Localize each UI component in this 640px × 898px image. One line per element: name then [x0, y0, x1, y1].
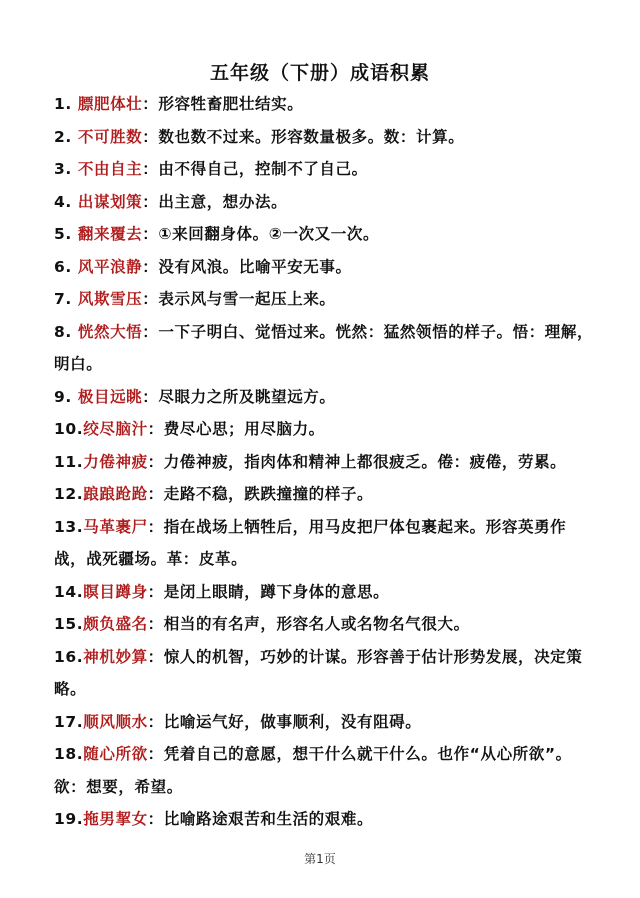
separator: ： — [142, 290, 158, 308]
idiom-list: 1.膘肥体壮：形容牲畜肥壮结实。 2.不可胜数：数也数不过来。形容数量极多。数：… — [54, 88, 594, 836]
idiom-definition: 力倦神疲，指肉体和精神上都很疲乏。倦：疲倦，劳累。 — [164, 453, 567, 471]
idiom-entry-13: 13.马革裹尸：指在战场上牺牲后，用马皮把尸体包裹起来。形容英勇作战，战死疆场。… — [54, 511, 594, 576]
idiom-term: 随心所欲 — [83, 745, 147, 763]
separator: ： — [142, 388, 158, 406]
separator: ： — [148, 745, 164, 763]
entry-number: 9. — [54, 388, 78, 406]
idiom-term: 恍然大悟 — [78, 323, 142, 341]
idiom-definition: 走路不稳，跌跌撞撞的样子。 — [164, 485, 373, 503]
idiom-term: 极目远眺 — [78, 388, 142, 406]
idiom-definition: 尽眼力之所及眺望远方。 — [158, 388, 335, 406]
idiom-definition: 形容牲畜肥壮结实。 — [158, 95, 303, 113]
separator: ： — [148, 810, 164, 828]
idiom-entry-10: 10.绞尽脑汁：费尽心思；用尽脑力。 — [54, 413, 594, 446]
idiom-term: 顺风顺水 — [83, 713, 147, 731]
entry-number: 16. — [54, 648, 83, 666]
entry-number: 14. — [54, 583, 83, 601]
idiom-term: 膘肥体壮 — [78, 95, 142, 113]
idiom-entry-15: 15.颇负盛名：相当的有名声，形容名人或名物名气很大。 — [54, 608, 594, 641]
idiom-term: 踉踉跄跄 — [83, 485, 147, 503]
idiom-definition: 出主意，想办法。 — [158, 193, 287, 211]
idiom-term: 绞尽脑汁 — [83, 420, 147, 438]
separator: ： — [148, 453, 164, 471]
idiom-entry-8: 8.恍然大悟：一下子明白、觉悟过来。恍然：猛然领悟的样子。悟：理解，明白。 — [54, 316, 594, 381]
idiom-definition: 相当的有名声，形容名人或名物名气很大。 — [164, 615, 470, 633]
entry-number: 3. — [54, 160, 78, 178]
entry-number: 1. — [54, 95, 78, 113]
entry-number: 10. — [54, 420, 83, 438]
idiom-term: 翻来覆去 — [78, 225, 142, 243]
idiom-term: 颇负盛名 — [83, 615, 147, 633]
idiom-term: 力倦神疲 — [83, 453, 147, 471]
idiom-entry-4: 4.出谋划策：出主意，想办法。 — [54, 186, 594, 219]
idiom-entry-5: 5.翻来覆去：①来回翻身体。②一次又一次。 — [54, 218, 594, 251]
entry-number: 18. — [54, 745, 83, 763]
entry-number: 13. — [54, 518, 83, 536]
idiom-definition: 表示风与雪一起压上来。 — [158, 290, 335, 308]
separator: ： — [142, 128, 158, 146]
idiom-term: 不由自主 — [78, 160, 142, 178]
separator: ： — [142, 323, 158, 341]
idiom-definition: 没有风浪。比喻平安无事。 — [158, 258, 351, 276]
idiom-entry-19: 19.拖男挈女：比喻路途艰苦和生活的艰难。 — [54, 803, 594, 836]
separator: ： — [142, 258, 158, 276]
idiom-term: 不可胜数 — [78, 128, 142, 146]
idiom-definition: 比喻路途艰苦和生活的艰难。 — [164, 810, 373, 828]
entry-number: 6. — [54, 258, 78, 276]
entry-number: 15. — [54, 615, 83, 633]
document-title: 五年级（下册）成语积累 — [0, 58, 640, 85]
idiom-term: 出谋划策 — [78, 193, 142, 211]
entry-number: 11. — [54, 453, 83, 471]
idiom-definition: 数也数不过来。形容数量极多。数：计算。 — [158, 128, 464, 146]
separator: ： — [142, 193, 158, 211]
idiom-entry-2: 2.不可胜数：数也数不过来。形容数量极多。数：计算。 — [54, 121, 594, 154]
entry-number: 2. — [54, 128, 78, 146]
idiom-definition: 是闭上眼睛，蹲下身体的意思。 — [164, 583, 389, 601]
idiom-term: 神机妙算 — [83, 648, 147, 666]
document-page: 五年级（下册）成语积累 1.膘肥体壮：形容牲畜肥壮结实。 2.不可胜数：数也数不… — [0, 0, 640, 898]
idiom-term: 瞑目蹲身 — [83, 583, 147, 601]
separator: ： — [148, 518, 164, 536]
separator: ： — [142, 95, 158, 113]
entry-number: 4. — [54, 193, 78, 211]
idiom-entry-18: 18.随心所欲：凭着自己的意愿，想干什么就干什么。也作“从心所欲”。欲：想要，希… — [54, 738, 594, 803]
entry-number: 5. — [54, 225, 78, 243]
separator: ： — [148, 648, 164, 666]
entry-number: 8. — [54, 323, 78, 341]
idiom-definition: 费尽心思；用尽脑力。 — [164, 420, 325, 438]
idiom-entry-12: 12.踉踉跄跄：走路不稳，跌跌撞撞的样子。 — [54, 478, 594, 511]
idiom-term: 风欺雪压 — [78, 290, 142, 308]
separator: ： — [148, 583, 164, 601]
separator: ： — [142, 225, 158, 243]
separator: ： — [148, 420, 164, 438]
idiom-entry-11: 11.力倦神疲：力倦神疲，指肉体和精神上都很疲乏。倦：疲倦，劳累。 — [54, 446, 594, 479]
idiom-term: 风平浪静 — [78, 258, 142, 276]
separator: ： — [142, 160, 158, 178]
idiom-entry-6: 6.风平浪静：没有风浪。比喻平安无事。 — [54, 251, 594, 284]
entry-number: 12. — [54, 485, 83, 503]
idiom-entry-14: 14.瞑目蹲身：是闭上眼睛，蹲下身体的意思。 — [54, 576, 594, 609]
separator: ： — [148, 615, 164, 633]
idiom-entry-9: 9.极目远眺：尽眼力之所及眺望远方。 — [54, 381, 594, 414]
idiom-entry-17: 17.顺风顺水：比喻运气好，做事顺利，没有阻碍。 — [54, 706, 594, 739]
idiom-definition: 比喻运气好，做事顺利，没有阻碍。 — [164, 713, 422, 731]
separator: ： — [148, 713, 164, 731]
idiom-definition: 由不得自己，控制不了自己。 — [158, 160, 367, 178]
idiom-entry-7: 7.风欺雪压：表示风与雪一起压上来。 — [54, 283, 594, 316]
entry-number: 17. — [54, 713, 83, 731]
idiom-entry-16: 16.神机妙算：惊人的机智，巧妙的计谋。形容善于估计形势发展，决定策略。 — [54, 641, 594, 706]
idiom-term: 马革裹尸 — [83, 518, 147, 536]
idiom-entry-1: 1.膘肥体壮：形容牲畜肥壮结实。 — [54, 88, 594, 121]
separator: ： — [148, 485, 164, 503]
idiom-entry-3: 3.不由自主：由不得自己，控制不了自己。 — [54, 153, 594, 186]
entry-number: 7. — [54, 290, 78, 308]
idiom-term: 拖男挈女 — [83, 810, 147, 828]
page-number: 第1页 — [0, 850, 640, 867]
idiom-definition: ①来回翻身体。②一次又一次。 — [158, 225, 379, 243]
entry-number: 19. — [54, 810, 83, 828]
